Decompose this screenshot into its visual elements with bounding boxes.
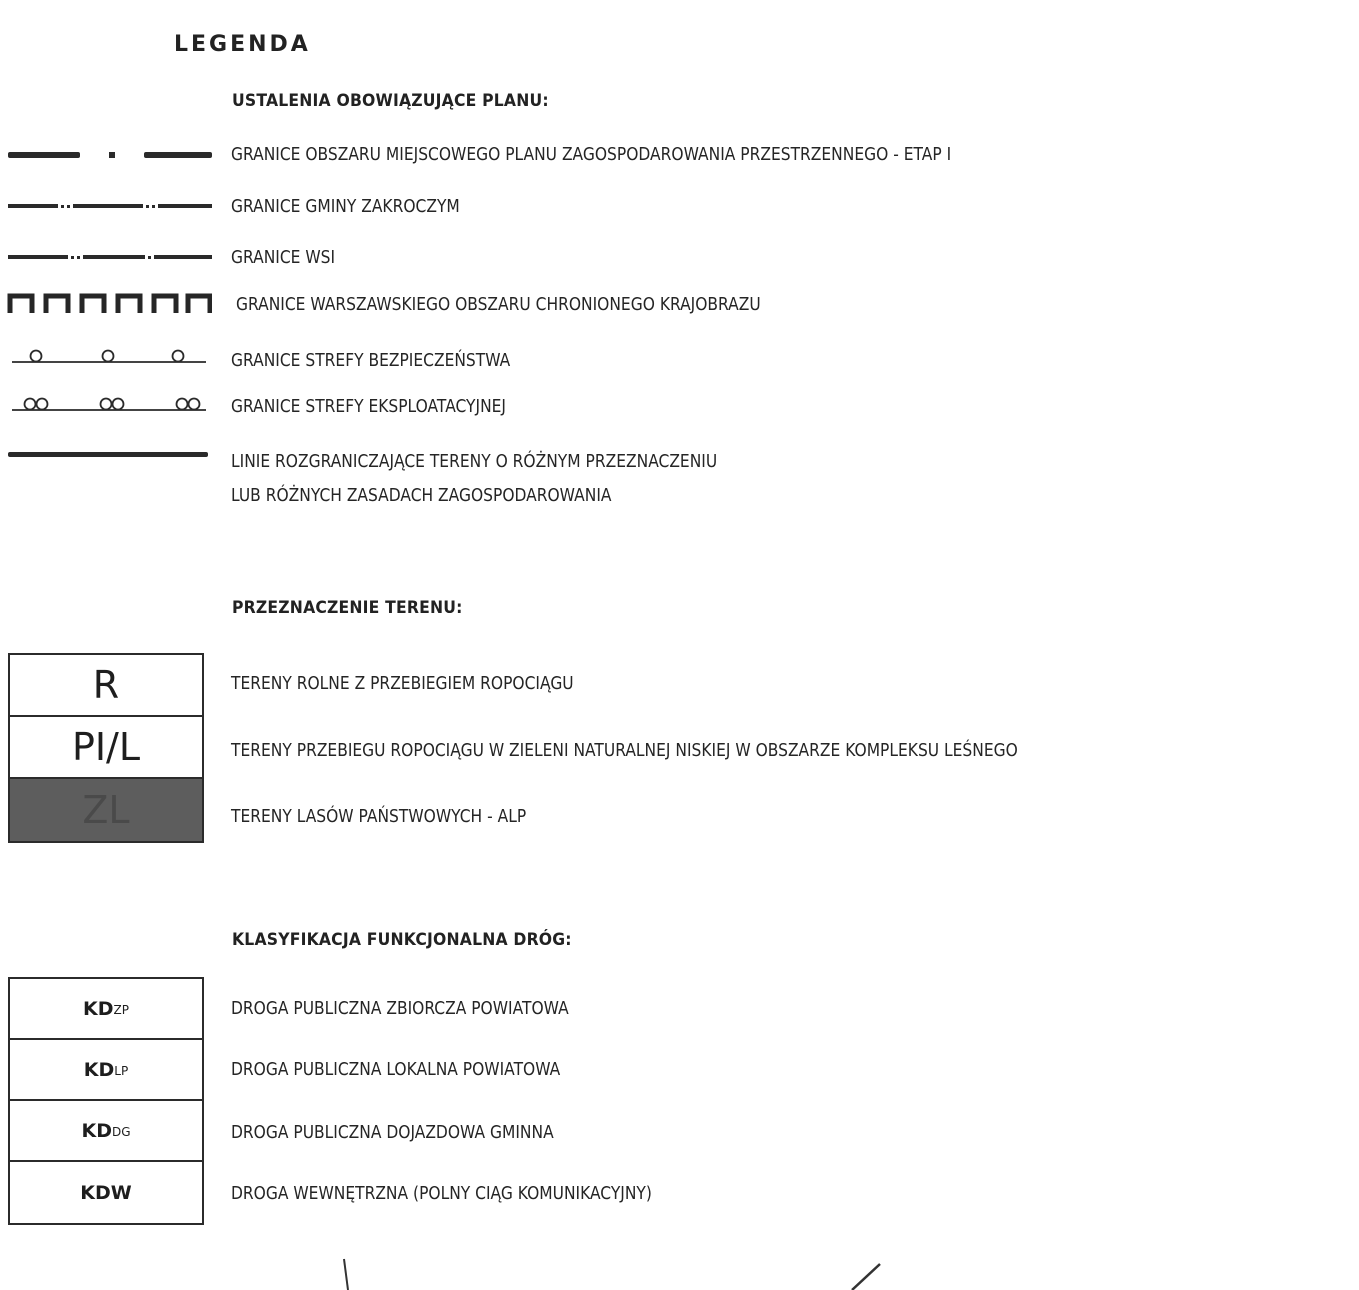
signature-stroke-icon (330, 1255, 350, 1290)
legend-title: LEGENDA (174, 32, 311, 57)
demarcation-line-icon (8, 452, 208, 457)
legend-item-label: DROGA PUBLICZNA ZBIORCZA POWIATOWA (231, 998, 569, 1019)
legend-item-label: TERENY PRZEBIEGU ROPOCIĄGU W ZIELENI NAT… (231, 740, 1018, 761)
section-heading-land-use: PRZEZNACZENIE TERENU: (232, 598, 463, 618)
protected-landscape-boundary-icon (6, 292, 212, 314)
village-boundary-line-icon (6, 252, 212, 262)
municipality-boundary-line-icon (6, 201, 212, 211)
legend-item-label: DROGA PUBLICZNA LOKALNA POWIATOWA (231, 1059, 560, 1080)
road-code-table: KDZP KDLP KDDG KDW (8, 977, 204, 1225)
legend-item-label: GRANICE WARSZAWSKIEGO OBSZARU CHRONIONEG… (236, 294, 761, 315)
road-code-kdzp: KDZP (10, 979, 202, 1040)
legend-item-label: GRANICE STREFY BEZPIECZEŃSTWA (231, 350, 510, 371)
legend-item-label: LINIE ROZGRANICZAJĄCE TERENY O RÓŻNYM PR… (231, 451, 717, 472)
legend-item-label: GRANICE WSI (231, 247, 335, 268)
section-heading-roads: KLASYFIKACJA FUNKCJONALNA DRÓG: (232, 930, 572, 950)
legend-item-label-line2: LUB RÓŻNYCH ZASADACH ZAGOSPODAROWANIA (231, 485, 611, 506)
legend-item-label: TERENY ROLNE Z PRZEBIEGIEM ROPOCIĄGU (231, 673, 574, 694)
road-code-kdw: KDW (10, 1162, 202, 1223)
plan-boundary-line-icon (6, 148, 212, 162)
land-code-pil: PI/L (10, 717, 202, 779)
land-code-zl: ZL (10, 779, 202, 841)
land-use-code-table: R PI/L ZL (8, 653, 204, 843)
legend-item-label: DROGA WEWNĘTRZNA (POLNY CIĄG KOMUNIKACYJ… (231, 1183, 652, 1204)
section-heading-binding: USTALENIA OBOWIĄZUJĄCE PLANU: (232, 91, 549, 111)
legend-item-label: GRANICE GMINY ZAKROCZYM (231, 196, 460, 217)
land-code-r: R (10, 655, 202, 717)
road-code-kddg: KDDG (10, 1101, 202, 1162)
legend-item-label: GRANICE STREFY EKSPLOATACYJNEJ (231, 396, 506, 417)
signature-stroke-icon (840, 1260, 890, 1290)
operational-zone-boundary-icon (6, 390, 212, 414)
legend-item-label: GRANICE OBSZARU MIEJSCOWEGO PLANU ZAGOSP… (231, 144, 951, 165)
safety-zone-boundary-icon (6, 342, 212, 366)
legend-item-label: TERENY LASÓW PAŃSTWOWYCH - ALP (231, 806, 526, 827)
legend-item-label: DROGA PUBLICZNA DOJAZDOWA GMINNA (231, 1122, 554, 1143)
road-code-kdlp: KDLP (10, 1040, 202, 1101)
